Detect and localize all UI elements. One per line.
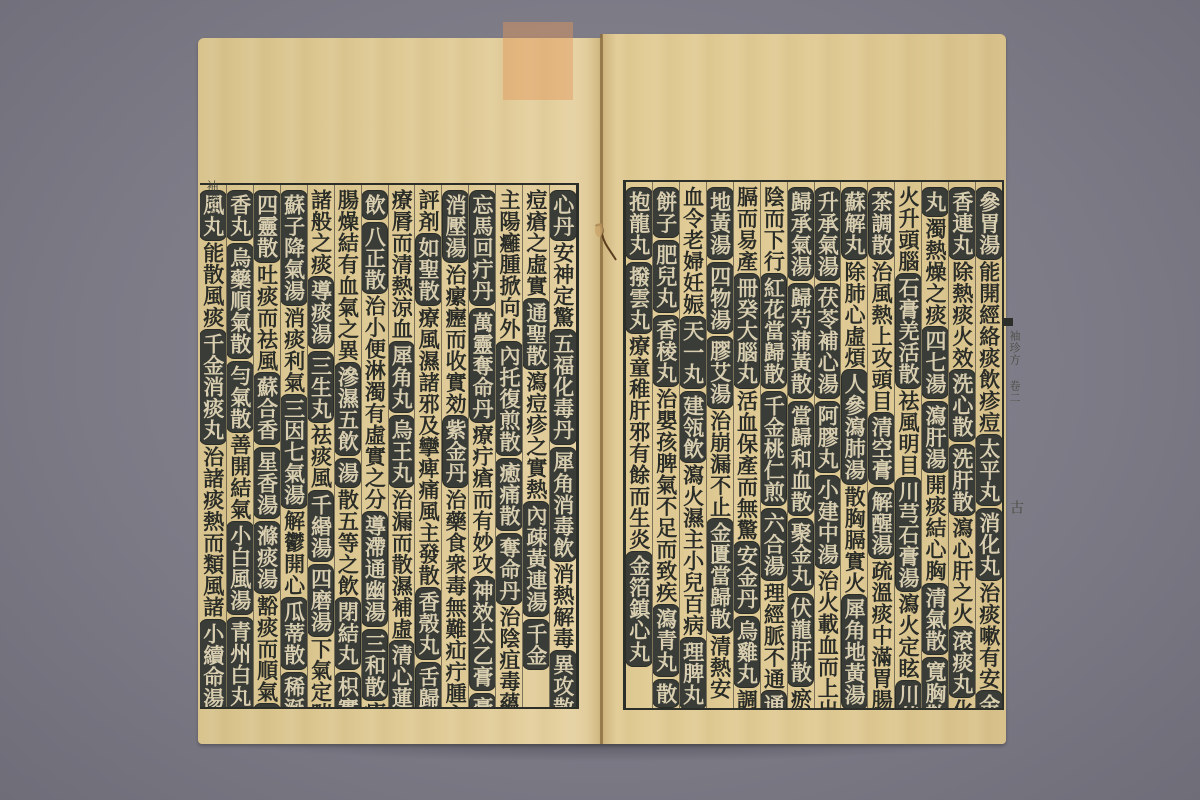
formula-name-cartouche: 烏王丸 <box>389 416 415 487</box>
body-text: 評剤 <box>417 189 441 232</box>
body-text: 療脣而清熱涼血 <box>390 189 414 340</box>
formula-name-cartouche: 千金桃仁煎 <box>761 392 787 506</box>
body-text: 瀉心肝之火 <box>950 517 974 625</box>
column-text: 血令老婦妊娠天一丸建瓴飲瀉火濕主小兒百病理脾丸當 <box>680 186 706 708</box>
column-text: 地黃湯四物湯膠艾湯治崩漏不止金匱當歸散清熱安 <box>707 186 733 699</box>
formula-name-cartouche: 瓜蒂散 <box>281 598 307 669</box>
formula-name-cartouche: 丸 <box>922 188 948 216</box>
left-margin-title: 袖珍方 <box>204 180 221 219</box>
left-text-block: 心丹安神定驚五福化毒丹犀角消毒飲消熱解毒異攻散補痘瘡之虛實通聖散瀉痘疹之實熱內疎… <box>200 183 579 709</box>
formula-name-cartouche: 忘馬回疔丹 <box>470 191 496 305</box>
body-text: 治諸痰熱而類風 <box>201 446 225 597</box>
formula-name-cartouche: 茶調散 <box>869 188 895 259</box>
column-text: 消壓湯治瘰癧而收實効紫金丹治藥食衆毒無難疝疔腫主 <box>443 189 469 707</box>
text-column: 升承氣湯茯苓補心湯阿膠丸小建中湯治火載血而上出營 <box>814 182 841 708</box>
body-text: 痘瘡之虛實 <box>524 189 548 297</box>
body-text: 療風濕諸邪及攣痺痛風 <box>417 307 441 522</box>
body-text: 血令老婦妊娠 <box>681 186 705 315</box>
formula-name-cartouche: 抱龍丸 <box>626 188 652 259</box>
text-column: 膈而易產冊癸大腦丸活血保產而無驚安金丹烏雞丸調氣 <box>733 182 760 708</box>
formula-name-cartouche: 犀角消毒飲 <box>550 448 576 562</box>
formula-name-cartouche: 天一丸 <box>680 317 706 388</box>
formula-name-cartouche: 異攻散 <box>550 651 576 707</box>
body-text: 主 <box>444 704 468 708</box>
body-text: 治陰疽毒蘊于中 <box>497 606 521 707</box>
formula-name-cartouche: 癒痛散 <box>496 459 522 530</box>
formula-name-cartouche: 地黃湯 <box>707 188 733 259</box>
formula-name-cartouche: 導滯通幽湯 <box>362 512 388 626</box>
body-text: 治漏而散濕補虛 <box>390 489 414 640</box>
formula-name-cartouche: 湯 <box>335 459 361 487</box>
formula-name-cartouche: 餅子 <box>653 188 679 237</box>
body-text: 除熱痰火效 <box>950 261 974 369</box>
body-text: 治風熱上攻頭目 <box>870 261 894 412</box>
formula-name-cartouche: 萬靈奪命丹 <box>470 309 496 423</box>
formula-name-cartouche: 蘇合 <box>254 704 280 707</box>
text-column: 心丹安神定驚五福化毒丹犀角消毒飲消熱解毒異攻散補 <box>549 185 576 707</box>
formula-name-cartouche: 三和散 <box>362 630 388 701</box>
formula-name-cartouche: 香稜丸 <box>653 316 679 387</box>
formula-name-cartouche: 奪命丹 <box>496 534 522 605</box>
body-text: 治藥食衆毒無難疝疔腫 <box>444 489 468 704</box>
text-column: 丸濁熱燥之痰四七湯瀉肝湯開痰結心胸清氣散寬胸散除 <box>921 182 948 708</box>
text-column: 香丸烏藥順氣散勻氣散善開結氣小白風湯青州白丸子續 <box>226 185 253 707</box>
column-text: 參胃湯能開經絡痰飲疹痘太平丸消化丸治痰嗽有安金丸 <box>976 186 1002 708</box>
column-text: 飲八正散治小便淋濁有虛實之分導滯通幽湯三和散療大 <box>362 189 388 707</box>
formula-name-cartouche: 千金消痰丸 <box>200 330 226 444</box>
column-text: 主陽癰腫掀向外內托復煎散癒痛散奪命丹治陰疽毒蘊于中主 <box>496 189 522 707</box>
formula-name-cartouche: 冊癸大腦丸 <box>734 274 760 388</box>
body-text: 膈而易產 <box>735 186 759 272</box>
formula-name-cartouche: 滾痰丸 <box>949 627 975 698</box>
formula-name-cartouche: 紫金丹 <box>443 416 469 487</box>
formula-name-cartouche: 三因七氣湯 <box>281 395 307 509</box>
body-text: 療童稚肝邪有餘而生炎 <box>627 335 651 550</box>
body-text: 解鬱開心 <box>282 510 306 596</box>
formula-name-cartouche: 石膏羌活散 <box>896 274 922 388</box>
body-text: 主陽癰腫掀向外 <box>497 189 521 340</box>
formula-name-cartouche: 茯苓補心湯 <box>815 284 841 398</box>
text-column: 血令老婦妊娠天一丸建瓴飲瀉火濕主小兒百病理脾丸當 <box>679 182 706 708</box>
column-text: 腸燥結有血氣之異滲濕五飲湯散五等之飲閉結丸枳實丸消 <box>335 189 361 707</box>
text-column: 主陽癰腫掀向外內托復煎散癒痛散奪命丹治陰疽毒蘊于中主 <box>495 185 522 707</box>
formula-name-cartouche: 消化丸 <box>976 509 1002 580</box>
body-text: 諸 <box>201 596 225 618</box>
text-column: 火升頭腦石膏羌活散祛風明目川芎石膏湯瀉火定眩川芎 <box>894 182 921 708</box>
formula-name-cartouche: 太平丸 <box>976 435 1002 506</box>
text-column: 參胃湯能開經絡痰飲疹痘太平丸消化丸治痰嗽有安金丸 <box>975 182 1002 708</box>
column-text: 膈而易產冊癸大腦丸活血保產而無驚安金丹烏雞丸調氣 <box>734 186 760 708</box>
formula-name-cartouche: 香丸 <box>227 191 253 240</box>
column-text: 香丸烏藥順氣散勻氣散善開結氣小白風湯青州白丸子續 <box>227 189 253 707</box>
formula-name-cartouche: 勻氣散 <box>227 362 253 433</box>
formula-name-cartouche: 內疎黃連湯 <box>523 502 549 616</box>
formula-name-cartouche: 犀角丸 <box>389 342 415 413</box>
body-text: 能開經絡痰飲疹痘 <box>977 261 1001 433</box>
text-column: 諸般之痰導痰湯三生丸祛痰風千緡湯四磨湯下氣定喘 <box>307 185 334 707</box>
body-text: 化痰 <box>950 699 974 708</box>
formula-name-cartouche: 膏通 <box>470 694 496 707</box>
body-text: 治瘰癧而收實効 <box>444 264 468 415</box>
formula-name-cartouche: 紅花當歸散 <box>761 274 787 388</box>
column-text: 痘瘡之虛實通聖散瀉痘疹之實熱內疎黃連湯千金 <box>523 189 549 671</box>
text-column: 腸燥結有血氣之異滲濕五飲湯散五等之飲閉結丸枳實丸消 <box>334 185 361 707</box>
formula-name-cartouche: 烏藥順氣散 <box>227 244 253 358</box>
formula-name-cartouche: 清空膏 <box>869 413 895 484</box>
formula-name-cartouche: 歸承氣湯 <box>788 188 814 280</box>
text-column: 香連丸除熱痰火效洗心散洗肝散瀉心肝之火滾痰丸化痰 <box>948 182 975 708</box>
formula-name-cartouche: 枳實丸 <box>335 673 361 708</box>
formula-name-cartouche: 參胃湯 <box>976 188 1002 259</box>
column-text: 風丸能散風痰千金消痰丸治諸痰熱而類風諸小續命湯療 <box>200 189 226 707</box>
formula-name-cartouche: 滌痰湯 <box>254 522 280 593</box>
body-text: 理經脈不通 <box>762 582 786 690</box>
body-text: 祛風明目 <box>897 390 921 476</box>
text-column: 飲八正散治小便淋濁有虛實之分導滯通幽湯三和散療大 <box>361 185 388 707</box>
text-column: 四靈散吐痰而祛風蘇合香星香湯滌痰湯豁痰而順氣蘇合 <box>253 185 280 707</box>
body-text: 濁熱燥之痰 <box>923 218 947 326</box>
formula-name-cartouche: 八正散 <box>362 223 388 294</box>
formula-name-cartouche: 蘇解丸 <box>842 188 868 259</box>
formula-name-cartouche: 膠艾湯 <box>707 337 733 408</box>
formula-name-cartouche: 香殼丸 <box>416 588 442 659</box>
body-text: 瘀腸過 <box>789 688 813 709</box>
column-text: 心丹安神定驚五福化毒丹犀角消毒飲消熱解毒異攻散補 <box>550 189 576 707</box>
formula-name-cartouche: 六合湯 <box>761 509 787 580</box>
column-text: 火升頭腦石膏羌活散祛風明目川芎石膏湯瀉火定眩川芎 <box>896 186 922 708</box>
text-column: 痘瘡之虛實通聖散瀉痘疹之實熱內疎黃連湯千金 <box>522 185 549 707</box>
column-text: 諸般之痰導痰湯三生丸祛痰風千緡湯四磨湯下氣定喘 <box>308 189 334 707</box>
text-column: 茶調散治風熱上攻頭目清空膏解醒湯疏溫痰中滿胃腸龍腦 <box>867 182 894 708</box>
formula-name-cartouche: 蘇子降氣湯 <box>281 191 307 305</box>
text-column: 歸承氣湯歸芍蒲黃散當歸和血散聚金丸伏龍肝散瘀腸過 <box>787 182 814 708</box>
formula-name-cartouche: 心丹 <box>550 191 576 240</box>
formula-name-cartouche: 滲濕五飲 <box>335 363 361 455</box>
formula-name-cartouche: 三生丸 <box>308 352 334 423</box>
binding-thread-icon <box>592 220 618 280</box>
body-text: 瀉痘疹之實熱 <box>524 371 548 500</box>
formula-name-cartouche: 伏龍肝散 <box>788 594 814 686</box>
formula-name-cartouche: 消壓湯 <box>443 191 469 262</box>
formula-name-cartouche: 神效太乙膏 <box>470 577 496 691</box>
formula-name-cartouche: 烏雞丸 <box>734 617 760 688</box>
formula-name-cartouche: 升承氣湯 <box>815 188 841 280</box>
formula-name-cartouche: 小續命湯 <box>200 620 226 708</box>
body-text: 治嬰孩脾氣不足而致疾 <box>654 388 678 603</box>
column-text: 忘馬回疔丹萬靈奪命丹療疔瘡而有妙攻神效太乙膏膏通 <box>470 189 496 707</box>
column-text: 茶調散治風熱上攻頭目清空膏解醒湯疏溫痰中滿胃腸龍腦 <box>869 186 895 708</box>
formula-name-cartouche: 稀涎散 <box>281 673 307 708</box>
formula-name-cartouche: 瀉青丸 <box>653 605 679 676</box>
column-text: 抱龍丸撥雲丸療童稚肝邪有餘而生炎金箔鎮心丸 <box>626 186 652 668</box>
body-text: 豁痰而順氣 <box>255 595 279 703</box>
formula-name-cartouche: 犀角地黃湯 <box>842 595 868 708</box>
text-column: 評剤如聖散療風濕諸邪及攣痺痛風主發散香殼丸舌歸丸 <box>414 185 441 707</box>
formula-name-cartouche: 金匱當歸散 <box>707 519 733 633</box>
formula-name-cartouche: 導痰湯 <box>308 277 334 348</box>
body-text: 吐痰而祛風 <box>255 264 279 372</box>
repair-tape <box>503 22 573 100</box>
column-text: 香連丸除熱痰火效洗心散洗肝散瀉心肝之火滾痰丸化痰 <box>949 186 975 708</box>
formula-name-cartouche: 川芎 <box>896 681 922 708</box>
body-text: 瀉火定眩 <box>897 593 921 679</box>
formula-name-cartouche: 四磨湯 <box>308 565 334 636</box>
body-text: 下氣定喘 <box>309 638 333 708</box>
body-text: 瀉火濕主小兒百病 <box>681 464 705 636</box>
body-text: 安神定驚 <box>551 242 575 328</box>
formula-name-cartouche: 安金丹 <box>734 542 760 613</box>
formula-name-cartouche: 千金 <box>523 620 549 669</box>
formula-name-cartouche: 阿膠丸 <box>815 402 841 473</box>
body-text: 治火載血而上出 <box>816 570 840 708</box>
formula-name-cartouche: 撥雲丸 <box>626 263 652 334</box>
book-gutter <box>600 34 603 744</box>
text-column: 地黃湯四物湯膠艾湯治崩漏不止金匱當歸散清熱安 <box>706 182 733 708</box>
formula-name-cartouche: 洗肝散 <box>949 445 975 516</box>
formula-name-cartouche: 舌歸丸 <box>416 663 442 708</box>
column-text: 蘇解丸除肺心虛煩人參瀉肺湯散胸膈實火犀角地黃湯桃 <box>842 186 868 708</box>
body-text: 散胸膈實火 <box>843 486 867 594</box>
formula-name-cartouche: 青州白丸子 <box>227 618 253 707</box>
formula-name-cartouche: 歸芍蒲黃散 <box>788 284 814 398</box>
body-text: 療大 <box>363 702 387 707</box>
body-text: 治小便淋濁有虛實之分 <box>363 295 387 510</box>
body-text: 諸般之痰 <box>309 189 333 275</box>
body-text: 活血保產而無驚 <box>735 390 759 541</box>
formula-name-cartouche: 星香湯 <box>254 448 280 519</box>
text-column: 陰而下行紅花當歸散千金桃仁煎六合湯理經脈不通通經 <box>760 182 787 708</box>
body-text: 腸燥結有血氣之異 <box>336 189 360 361</box>
formula-name-cartouche: 香連丸 <box>949 188 975 259</box>
formula-name-cartouche: 散 <box>653 680 679 708</box>
body-text: 清熱安 <box>708 635 732 700</box>
column-text: 餅子肥兒丸香稜丸治嬰孩脾氣不足而致疾瀉青丸散 <box>653 186 679 708</box>
body-text: 開痰結心胸 <box>923 474 947 582</box>
body-text: 善開結氣 <box>228 434 252 520</box>
formula-name-cartouche: 人參瀉肺湯 <box>842 370 868 484</box>
column-text: 升承氣湯茯苓補心湯阿膠丸小建中湯治火載血而上出營 <box>815 186 841 708</box>
formula-name-cartouche: 通經 <box>761 691 787 708</box>
body-text: 陰而下行 <box>762 186 786 272</box>
formula-name-cartouche: 千緡湯 <box>308 491 334 562</box>
body-text: 主 <box>417 522 441 544</box>
body-text: 能散風痰 <box>201 242 225 328</box>
body-text: 治痰嗽有安 <box>977 582 1001 690</box>
body-text: 散五等之飲 <box>336 489 360 597</box>
formula-name-cartouche: 小白風湯 <box>227 522 253 614</box>
formula-name-cartouche: 清心蓮子 <box>389 641 415 707</box>
column-text: 療脣而清熱涼血犀角丸烏王丸治漏而散濕補虛清心蓮子 <box>389 189 415 707</box>
formula-name-cartouche: 飲 <box>362 191 388 219</box>
formula-name-cartouche: 四物湯 <box>707 263 733 334</box>
formula-name-cartouche: 四七湯 <box>922 327 948 398</box>
text-column: 抱龍丸撥雲丸療童稚肝邪有餘而生炎金箔鎮心丸 <box>626 182 652 708</box>
text-column: 忘馬回疔丹萬靈奪命丹療疔瘡而有妙攻神效太乙膏膏通 <box>468 185 495 707</box>
column-text: 四靈散吐痰而祛風蘇合香星香湯滌痰湯豁痰而順氣蘇合 <box>254 189 280 707</box>
formula-name-cartouche: 解醒湯 <box>869 488 895 559</box>
right-folio-mark: 古 <box>1006 500 1026 515</box>
column-text: 蘇子降氣湯消痰利氣三因七氣湯解鬱開心瓜蒂散稀涎散 <box>281 189 307 707</box>
text-column: 蘇解丸除肺心虛煩人參瀉肺湯散胸膈實火犀角地黃湯桃 <box>840 182 867 708</box>
body-text: 消熱解毒 <box>551 563 575 649</box>
body-text: 疏溫痰中滿胃腸 <box>870 560 894 708</box>
formula-name-cartouche: 金箔鎮心丸 <box>626 552 652 666</box>
formula-name-cartouche: 聚金丸 <box>788 519 814 590</box>
formula-name-cartouche: 理脾丸 <box>680 638 706 708</box>
text-column: 蘇子降氣湯消痰利氣三因七氣湯解鬱開心瓜蒂散稀涎散 <box>280 185 307 707</box>
formula-name-cartouche: 如聖散 <box>416 234 442 305</box>
column-text: 陰而下行紅花當歸散千金桃仁煎六合湯理經脈不通通經 <box>761 186 787 708</box>
formula-name-cartouche: 瀉肝湯 <box>922 402 948 473</box>
body-text: 療疔瘡而有妙攻 <box>471 424 495 575</box>
formula-name-cartouche: 肥兒丸 <box>653 241 679 312</box>
formula-name-cartouche: 建瓴飲 <box>680 392 706 463</box>
right-margin-title: 袖珍方 卷二 <box>1006 330 1022 404</box>
formula-name-cartouche: 內托復煎散 <box>496 342 522 456</box>
body-text: 除肺心虛煩 <box>843 261 867 369</box>
body-text: 祛痰風 <box>309 424 333 489</box>
text-column: 風丸能散風痰千金消痰丸治諸痰熱而類風諸小續命湯療 <box>200 185 226 707</box>
formula-name-cartouche: 五福化毒丹 <box>550 330 576 444</box>
text-column: 療脣而清熱涼血犀角丸烏王丸治漏而散濕補虛清心蓮子 <box>388 185 415 707</box>
formula-name-cartouche: 閉結丸 <box>335 598 361 669</box>
body-text: 消痰利氣 <box>282 307 306 393</box>
formula-name-cartouche: 蘇合香 <box>254 373 280 444</box>
body-text: 調氣 <box>735 689 759 708</box>
body-text: 治崩漏不止 <box>708 410 732 518</box>
text-column: 餅子肥兒丸香稜丸治嬰孩脾氣不足而致疾瀉青丸散 <box>652 182 679 708</box>
right-text-block: 參胃湯能開經絡痰飲疹痘太平丸消化丸治痰嗽有安金丸香連丸除熱痰火效洗心散洗肝散瀉心… <box>623 180 1004 710</box>
formula-name-cartouche: 通聖散 <box>523 299 549 370</box>
formula-name-cartouche: 寬胸散 <box>922 658 948 708</box>
formula-name-cartouche: 清氣散 <box>922 584 948 655</box>
column-text: 丸濁熱燥之痰四七湯瀉肝湯開痰結心胸清氣散寬胸散除 <box>922 186 948 708</box>
body-text: 發散 <box>417 543 441 586</box>
formula-name-cartouche: 四靈散 <box>254 191 280 262</box>
formula-name-cartouche: 金丸 <box>976 691 1002 708</box>
column-text: 評剤如聖散療風濕諸邪及攣痺痛風主發散香殼丸舌歸丸 <box>416 189 442 707</box>
fishtail-mark-icon <box>1003 318 1013 326</box>
formula-name-cartouche: 川芎石膏湯 <box>896 478 922 592</box>
formula-name-cartouche: 小建中湯 <box>815 476 841 568</box>
column-text: 歸承氣湯歸芍蒲黃散當歸和血散聚金丸伏龍肝散瘀腸過 <box>788 186 814 708</box>
body-text: 火升頭腦 <box>897 186 921 272</box>
formula-name-cartouche: 洗心散 <box>949 370 975 441</box>
formula-name-cartouche: 當歸和血散 <box>788 402 814 516</box>
text-column: 消壓湯治瘰癧而收實効紫金丹治藥食衆毒無難疝疔腫主 <box>441 185 468 707</box>
